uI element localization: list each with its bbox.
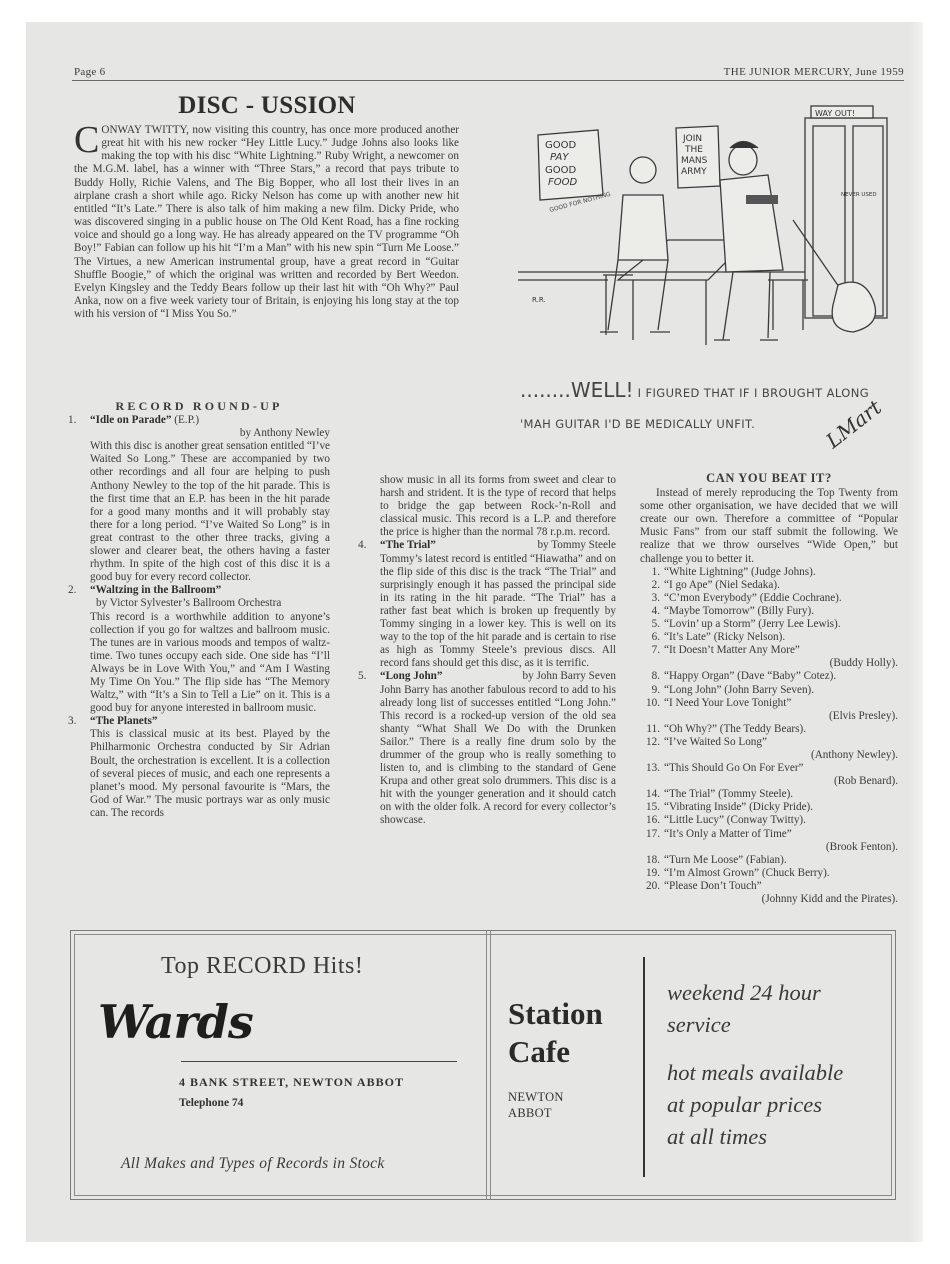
review-artist: by Victor Sylvester’s Ballroom Orchestra: [68, 597, 330, 610]
join-army-poster: JOIN THE MANS ARMY: [676, 126, 720, 188]
wards-address: 4 BANK STREET, NEWTON ABBOT: [179, 1075, 404, 1090]
svg-text:ARMY: ARMY: [681, 167, 707, 177]
review-title: “Long John”: [380, 670, 443, 682]
chart-entry: 15.“Vibrating Inside” (Dicky Pride).: [640, 801, 898, 814]
wards-telephone: Telephone 74: [179, 1097, 243, 1109]
chart-entry: 8.“Happy Organ” (Dave “Baby” Cotez).: [640, 670, 898, 683]
article-title: DISC - USSION: [60, 92, 474, 120]
review-artist: by Tommy Steele: [537, 539, 616, 552]
advertisements-box: Top RECORD Hits! Wards 4 BANK STREET, NE…: [70, 930, 896, 1200]
wards-logo: Wards: [98, 995, 253, 1049]
cafe-name: Station Cafe: [508, 995, 603, 1071]
good-pay-poster: GOOD PAY GOOD FOOD: [538, 130, 603, 200]
review-body: Tommy’s latest record is entitled “Hiawa…: [358, 553, 616, 671]
review-item-5: 5.“Long John”by John Barry Seven John Ba…: [358, 670, 616, 827]
svg-text:FOOD: FOOD: [548, 177, 577, 188]
review-artist: by Anthony Newley: [68, 427, 330, 440]
lead-first-line: ONWAY TWITTY, now visiting this country,…: [101, 124, 377, 136]
review-title: “The Planets”: [90, 715, 157, 727]
roundup-column-1: RECORD ROUND-UP 1.“Idle on Parade” (E.P.…: [68, 400, 330, 820]
review-artist: by John Barry Seven: [522, 670, 616, 683]
review-title: “Waltzing in the Ballroom”: [90, 584, 221, 596]
publication-title: THE JUNIOR MERCURY, June 1959: [724, 66, 904, 78]
chart-entry: 18.“Turn Me Loose” (Fabian).: [640, 854, 898, 867]
chart-entry: 3.“C’mon Everybody” (Eddie Cochrane).: [640, 592, 898, 605]
svg-text:JOIN: JOIN: [682, 134, 702, 144]
roundup-heading: RECORD ROUND-UP: [68, 400, 330, 413]
chart-entry: 10.“I Need Your Love Tonight”(Elvis Pres…: [640, 697, 898, 723]
wards-tagline: Top RECORD Hits!: [161, 953, 363, 980]
top-twenty-heading: CAN YOU BEAT IT?: [640, 472, 898, 485]
review-title: “The Trial”: [380, 539, 436, 551]
wards-stock-line: All Makes and Types of Records in Stock: [121, 1155, 385, 1173]
top-twenty-intro: Instead of merely reproducing the Top Tw…: [640, 487, 898, 566]
chart-entry: 1.“White Lightning” (Judge Johns).: [640, 566, 898, 579]
svg-text:NEVER USED: NEVER USED: [841, 192, 877, 198]
roundup-column-2: show music in all its forms from sweet a…: [358, 474, 616, 828]
chart-entry: 20.“Please Don’t Touch”(Johnny Kidd and …: [640, 880, 898, 906]
review-item-2: 2.“Waltzing in the Ballroom” by Victor S…: [68, 584, 330, 715]
svg-text:PAY: PAY: [550, 152, 569, 163]
top-twenty-list: 1.“White Lightning” (Judge Johns). 2.“I …: [640, 566, 898, 906]
wards-rule: [181, 1061, 457, 1062]
chart-entry: 4.“Maybe Tomorrow” (Billy Fury).: [640, 605, 898, 618]
svg-text:R.R.: R.R.: [532, 296, 546, 304]
chart-entry: 19.“I’m Almost Grown” (Chuck Berry).: [640, 867, 898, 880]
review-title: “Idle on Parade”: [90, 414, 171, 426]
review-item-4: 4.“The Trial”by Tommy Steele Tommy’s lat…: [358, 539, 616, 670]
review-item-3: 3.“The Planets” This is classical music …: [68, 715, 330, 820]
svg-text:WAY OUT!: WAY OUT!: [815, 109, 855, 118]
chart-entry: 11.“Oh Why?” (The Teddy Bears).: [640, 723, 898, 736]
review-body: With this disc is another great sensatio…: [68, 440, 330, 584]
svg-text:GOOD: GOOD: [545, 165, 576, 176]
top-twenty-column: CAN YOU BEAT IT? Instead of merely repro…: [640, 472, 898, 906]
chart-entry: 5.“Lovin’ up a Storm” (Jerry Lee Lewis).: [640, 618, 898, 631]
ads-divider: [486, 931, 491, 1199]
cafe-location: NEWTON ABBOT: [508, 1089, 564, 1121]
chart-entry: 17.“It’s Only a Matter of Time”(Brook Fe…: [640, 828, 898, 854]
drop-cap: C: [74, 125, 99, 155]
chart-entry: 12.“I’ve Waited So Long”(Anthony Newley)…: [640, 736, 898, 762]
lead-body: produced another great hit with his new …: [74, 124, 459, 320]
caption-line-1: I FIGURED THAT IF I BROUGHT ALONG: [638, 386, 869, 400]
svg-text:THE: THE: [684, 145, 703, 155]
cartoon-illustration: GOOD PAY GOOD FOOD GOOD FOR NOTHING JOIN…: [508, 100, 908, 370]
caption-exclamation: ........WELL!: [520, 378, 634, 402]
svg-text:GOOD: GOOD: [545, 140, 576, 151]
chart-entry: 7.“It Doesn’t Matter Any More”(Buddy Hol…: [640, 644, 898, 670]
chart-entry: 14.“The Trial” (Tommy Steele).: [640, 788, 898, 801]
chart-entry: 6.“It’s Late” (Ricky Nelson).: [640, 631, 898, 644]
chart-entry: 2.“I go Ape” (Niel Sedaka).: [640, 579, 898, 592]
cafe-copy: weekend 24 hour service hot meals availa…: [667, 977, 843, 1153]
header-rule: [72, 80, 904, 81]
review-body: This record is a worthwhile addition to …: [68, 611, 330, 716]
review-body-continued: show music in all its forms from sweet a…: [358, 474, 616, 539]
svg-text:MANS: MANS: [681, 156, 708, 166]
cafe-vertical-rule: [643, 957, 645, 1177]
article-lead: C ONWAY TWITTY, now visiting this countr…: [74, 124, 459, 321]
chart-entry: 16.“Little Lucy” (Conway Twitty).: [640, 814, 898, 827]
review-body: John Barry has another fabulous record t…: [358, 684, 616, 828]
page-number: Page 6: [74, 66, 105, 78]
chart-entry: 13.“This Should Go On For Ever”(Rob Bena…: [640, 762, 898, 788]
review-body: This is classical music at its best. Pla…: [68, 728, 330, 820]
review-item-1: 1.“Idle on Parade” (E.P.) by Anthony New…: [68, 414, 330, 584]
chart-entry: 9.“Long John” (John Barry Seven).: [640, 684, 898, 697]
